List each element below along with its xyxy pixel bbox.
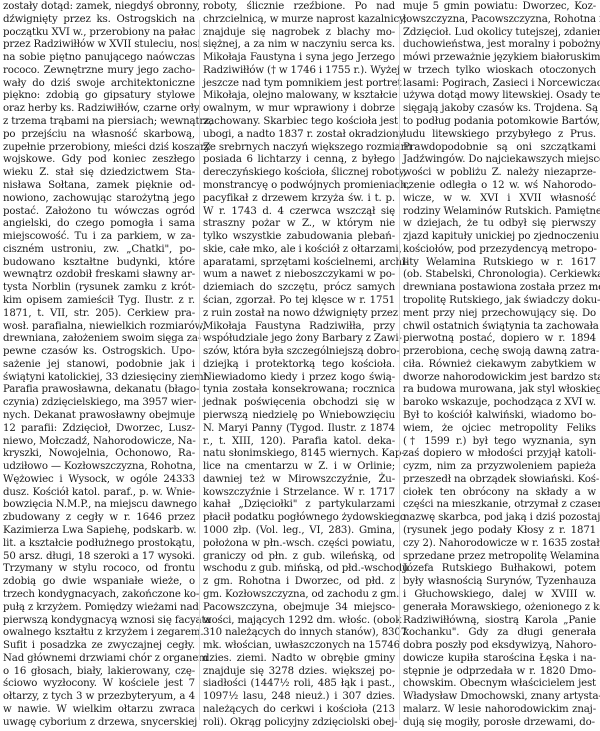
text-line: monstrancyę o podwójnych promieniach, — [203, 180, 395, 193]
text-line: położona w płn.-wsch. części powiatu, — [203, 538, 395, 551]
text-line: W r. 1743 d. 4 czerwca wszczął się — [203, 206, 395, 219]
text-line: drewniana postawiona została przez me- — [403, 282, 596, 295]
text-line: niewo, Mołczadź, Nahorodowicze, Na- — [3, 436, 195, 449]
text-line: owalnego kształtu z krzyżem i zegarem. — [3, 627, 195, 640]
text-line: zbudowany z cegły w r. 1646 przez — [3, 512, 195, 525]
text-line: 310 należących do innych stanów), 8307 — [203, 627, 395, 640]
text-line: oraz herby ks. Radziwiłłów, czarne orły — [3, 103, 195, 116]
text-line: pierwotną postać, dopiero w r. 1894 — [403, 333, 596, 346]
text-line: i Głuchowskiego, dalej w XVIII w. — [403, 589, 596, 602]
text-line: wosł. parafialna, niewielkich rozmiarów, — [3, 321, 195, 334]
text-line: sięgają jakoby czasów ks. Trojdena. Są — [403, 103, 596, 116]
text-line: ment przy niej przechowujący się. Do — [403, 308, 596, 321]
text-line: 1871, t. VII, str. 205). Cerkiew pra- — [3, 308, 195, 321]
text-line: lit. a kształcie podłużnego prostokątu, — [3, 538, 195, 551]
text-line: sażenie jej stanowi, podobnie jak i — [3, 359, 195, 372]
text-line: kim opisem zamieścił Tyg. Ilustr. z r. — [3, 295, 195, 308]
text-line: dują się mogiły, porosłe drzewami, do- — [403, 717, 596, 730]
text-line: mówi przeważnie językiem białoruskim, — [403, 52, 596, 65]
text-line: wschodu z gub. mińską, od płd.-wschodu — [203, 563, 395, 576]
text-line: roli). Okrąg policyjny zdzięciolski obej… — [203, 717, 395, 730]
text-line: po przejściu na własność skarbową, — [3, 129, 195, 142]
text-line: angielski, do czego pomogła i sama — [3, 218, 195, 231]
text-line: pierwszą niedzielę po Wniebowzięciu — [203, 410, 395, 423]
text-column-1: zostały dotąd: zamek, niegdyś obronny,dź… — [3, 1, 195, 730]
text-line: tysta Norblin (rysunek zamku z krót- — [3, 282, 195, 295]
text-line: kahał „Dzięciołki" z partykularzami — [203, 499, 395, 512]
text-column-3: muje 5 gmin powiatu: Dworzec, Koz-łowszc… — [403, 1, 596, 730]
text-line: gm. Kozłowszczyzna, od zachodu z gm. — [203, 589, 395, 602]
text-line: Jadźwingów. Do najciekawszych miejsco- — [403, 154, 596, 167]
text-line: płacił podatku pogłównego żydowskiego — [203, 512, 395, 525]
text-line: tylko wszystkie zabudowania plebań- — [203, 231, 395, 244]
text-line: pierwszą kondygnacyą wznosi się facyata — [3, 615, 195, 628]
text-line: łowszczyzna, Pacowszczyzna, Rohotna i — [403, 14, 596, 27]
text-line: 1097½ lasu, 248 nieuż.) i 307 dzies. — [203, 691, 395, 704]
text-line: lity Welamina Rutskiego w r. 1617 — [403, 257, 596, 270]
text-line: chwil ostatnich świątynia ta zachowała — [403, 321, 596, 334]
text-line: cyzm, nim za przyzwoleniem papieża — [403, 461, 596, 474]
text-line: o 16 głosach, biały, lakierowany, czę- — [3, 666, 195, 679]
text-line: stępnie je odprzedała w r. 1820 Dmo- — [403, 666, 596, 679]
text-line: nych. Dekanat prawosławny obejmuje — [3, 410, 195, 423]
text-line: dziemiach do szczętu, prócz samych — [203, 282, 395, 295]
text-line: N. Maryi Panny (Tygod. Ilustr. z 1874 — [203, 423, 395, 436]
text-line: dereczyńskiego kościoła, ślicznej roboty… — [203, 167, 395, 180]
text-line: jednak poświęcenia obchodzi się w — [203, 397, 395, 410]
text-line: lasami: Pogirach, Zasieci i Norcewiczach — [403, 78, 596, 91]
text-line: ra budowa murowana, jak styl włoskiego — [403, 384, 596, 397]
text-line: Mikołaja, olejno malowany, w kształcie — [203, 90, 395, 103]
text-line: dźwignięty przez ks. Ostrogskich na — [3, 14, 195, 27]
text-line: tropolitę Rutskiego, jak świadczy doku- — [403, 295, 596, 308]
text-line: kowszczyźnie i Strzelance. W r. 1717 — [203, 487, 395, 500]
text-line: kościołów, pod przezydencyą metropo- — [403, 244, 596, 257]
column-divider — [399, 20, 400, 720]
text-line: dowicze kupiła starościna Łęska i na- — [403, 653, 596, 666]
text-line: ołtarzy, z tych 3 w przezbyteryum, a 4 — [3, 691, 195, 704]
text-line: chowskim. Obecnym właścicielem jest — [403, 678, 596, 691]
text-line: Trzymany w stylu rococo, od frontu — [3, 563, 195, 576]
text-line: kochanku". Gdy za długi generała — [403, 627, 596, 640]
text-line: zostały dotąd: zamek, niegdyś obronny, — [3, 1, 195, 14]
text-line: to podług podania potomkowie Bartów, — [403, 116, 596, 129]
text-line: znajduje się 3278 dzies. większej po- — [203, 666, 395, 679]
text-line: Parafia prawosławna, dekanatu (błago- — [3, 384, 195, 397]
text-line: wicze, w w. XVI i XVII własność — [403, 193, 596, 206]
text-line: wojskowe. Gdy pod koniec zeszłego — [3, 154, 195, 167]
text-line: (ob. Stabelski, Chronologia). Cerkiewka — [403, 269, 596, 282]
document-page: zostały dotąd: zamek, niegdyś obronny,dź… — [0, 0, 600, 731]
text-line: z gm. Rohotna i Dworzec, od płd. z — [203, 576, 395, 589]
text-line: ludu litewskiego przybyłego z Prus. — [403, 129, 596, 142]
text-line: wały do dziś swoje architektoniczne — [3, 78, 195, 91]
text-line: 50 arsz. długi, 18 szeroki a 17 wysoki. — [3, 551, 195, 564]
text-line: na sobie piętno panującego naówczas — [3, 52, 195, 65]
text-line: czenie odległa o 12 w. wś Nahorodo- — [403, 180, 596, 193]
column-divider — [199, 20, 200, 720]
text-line: lice na cmentarzu w Z. i w Orlinie; — [203, 461, 395, 474]
text-line: Józefa Rutskiego Bułhakowi, potem — [403, 563, 596, 576]
text-line: należących do cerkwi i kościoła (213 — [203, 704, 395, 717]
text-line: tynia została konsekrowana; rocznica — [203, 384, 395, 397]
text-line: straszny pożar w Z., w którym nie — [203, 218, 395, 231]
text-line: zdobią go dwie wspaniałe wieże, o — [3, 576, 195, 589]
text-line: czy 2). Nahorodowicze w r. 1635 zostały — [403, 538, 596, 551]
text-line: Mikołaja Faustyna i syna jego Jerzego — [203, 52, 395, 65]
text-line: drewniana, założeniem swoim sięga za- — [3, 333, 195, 346]
text-line: szów, która była szczególniejszą dobro- — [203, 346, 395, 359]
text-line: w trzech tylko wioskach otoczonych — [403, 65, 596, 78]
text-line: nazwę skarbca, pod jaką i dziś pozostaje — [403, 512, 596, 525]
text-line: części na mieszkanie, otrzymał z czasem — [403, 499, 596, 512]
text-line: z ruin został na nowo dźwignięty przez — [203, 308, 395, 321]
text-line: ścian, zgorzał. Po tej klęsce w r. 1751 — [203, 295, 395, 308]
text-line: pułą z krzyżem. Pomiędzy wieżami nad — [3, 602, 195, 615]
text-line: skie, całe mko, ale i kościół z ołtarzam… — [203, 244, 395, 257]
text-line: piękno: zdobią go gipsatury stylowe — [3, 90, 195, 103]
text-line: Mikołaja Faustyna Radziwiłła, przy — [203, 321, 395, 334]
text-line: wieku Z. stał się dziedzictwem Sta- — [3, 167, 195, 180]
text-line: dworze nahorodowickim jest bardzo sta- — [403, 372, 596, 385]
text-line: nisława Sołtana, zamek pięknie od- — [3, 180, 195, 193]
text-line: świątyni katolickiej, 33 dziesięciny zie… — [3, 372, 195, 385]
text-line: Radziwiłłów († w 1746 i 1755 r.). Wyżej — [203, 65, 395, 78]
text-line: rodziny Welaminów Rutskich. Pamiętne — [403, 206, 596, 219]
text-line: pewne czasów ks. Ostrogskich. Upo- — [3, 346, 195, 359]
text-line: ciszném ustroniu, zw. „Chatki", po- — [3, 244, 195, 257]
text-line: w dziejach, że tu odbył się pierwszy — [403, 218, 596, 231]
text-line: malarz. W lesie nahorodowickim znaj- — [403, 704, 596, 717]
text-line: pacyfikał z drzewem krzyża św. i t. p. — [203, 193, 395, 206]
text-line: współudziale jego żony Barbary z Zawi- — [203, 333, 395, 346]
text-line: dziejką i protektorką tego kościoła. — [203, 359, 395, 372]
text-line: Niewiadomo kiedy i przez kogo świą- — [203, 372, 395, 385]
text-line: wości, mających 1292 dm. włośc. (obok — [203, 615, 395, 628]
text-line: były własnością Surynów, Tyzenhauza — [403, 576, 596, 589]
text-line: nowiono, zachowując starożytną jego — [3, 193, 195, 206]
text-line: uwagę cyborium z drzewa, snycerskiej — [3, 717, 195, 730]
text-line: dobra poszły pod eksdywizyą, Nahoro- — [403, 640, 596, 653]
text-line: baroko wskazuje, pochodząca z XVI w. — [403, 397, 596, 410]
text-line: Pacowszczyna, obejmuje 34 miejsco- — [203, 602, 395, 615]
text-line: zachowany. Skarbiec tego kościoła jest — [203, 116, 395, 129]
text-line: Sufit i posadzka ze zwyczajnej cegły. — [3, 640, 195, 653]
text-line: zaś dopiero w młodości przyjął katoli- — [403, 448, 596, 461]
text-line: aparatami, sprzętami kościelnemi, archi- — [203, 257, 395, 270]
text-line: 12 parafii: Zdzięcioł, Dworzec, Lusz- — [3, 423, 195, 436]
text-line: wiem, że ojciec metropolity Feliks — [403, 423, 596, 436]
text-line: rococo. Zewnętrzne mury jego zacho- — [3, 65, 195, 78]
text-line: bowzięcia N.M.P., na miejscu dawnego — [3, 499, 195, 512]
text-line: owalnym, w mur wprawiony i dobrze — [203, 103, 395, 116]
text-line: miejscowość. Tu i za parkiem, w za- — [3, 231, 195, 244]
text-line: dusz. Kościół katol. paraf., p. w. Wnie- — [3, 487, 195, 500]
text-line: postać. Założono tu wówczas ogród — [3, 206, 195, 219]
text-line: wum a nawet z nieboszczykami w po- — [203, 269, 395, 282]
text-line: generała Morawskiego, ożenionego z ks. — [403, 602, 596, 615]
text-line: Był to kościół kalwiński, wiadomo bo- — [403, 410, 596, 423]
text-line: ciła. Również ciekawym zabytkiem w — [403, 359, 596, 372]
text-line: wości w pobliżu Z. należy niezaprze- — [403, 167, 596, 180]
text-line: dawniej też w Mirowszczyźnie, Żu- — [203, 474, 395, 487]
text-line: z trzema trąbami na piersiach; wewnątrz, — [3, 116, 195, 129]
text-line: udziłowo — Kozłowszczyzna, Rohotna, — [3, 461, 195, 474]
text-line: ściowo wyzłocony. W kościele jest 7 — [3, 678, 195, 691]
text-line: duchowieństwa, jest moralny i pobożny, — [403, 39, 596, 52]
text-line: trzech kondygnacyach, zakończone ko- — [3, 589, 195, 602]
text-line: wewnątrz ozdobił freskami sławny ar- — [3, 269, 195, 282]
text-line: sprzedane przez metropolitę Welamina — [403, 551, 596, 564]
text-line: roboty, ślicznie rzeźbione. Po nad — [203, 1, 395, 14]
text-line: przeszedł na obrządek słowiański. Koś- — [403, 474, 596, 487]
text-line: przez Radziwiłłów w XVII stuleciu, nosi — [3, 39, 195, 52]
text-line: siężnej, a za nim w naczyniu serca ks. — [203, 39, 395, 52]
text-line: Kazimierza Lwa Sapiehę, podskarb. w. — [3, 525, 195, 538]
text-line: ciołek ten obrócony na składy a w — [403, 487, 596, 500]
text-line: siadłości (1447½ roli, 485 łąk i past., — [203, 678, 395, 691]
text-line: chrzcielnicą, w murze naprost kazalnicy, — [203, 14, 395, 27]
text-line: Radziwiłłówną, siostrą Karola „Panie — [403, 615, 596, 628]
text-line: zjazd kapituły unickiej po zjednoczeniu — [403, 231, 596, 244]
text-line: 1000 złp. (Vol. leg., VI, 283). Gmina, — [203, 525, 395, 538]
text-line: jeszcze nad tym pomnikiem jest portret — [203, 78, 395, 91]
text-line: Zdzięcioł. Lud okolicy tutejszej, zdanie… — [403, 27, 596, 40]
text-line: ubogi, a nadto 1837 r. został okradziony… — [203, 129, 395, 142]
text-line: Wężowiec i Wysock, w ogóle 24333 — [3, 474, 195, 487]
text-line: Władysław Dmochowski, znany artysta- — [403, 691, 596, 704]
text-line: Ze srebrnych naczyń większego rozmiaru — [203, 142, 395, 155]
text-line: dzies. ziemi. Nadto w obrębie gminy — [203, 653, 395, 666]
text-line: budowano kształtne budynki, które — [3, 257, 195, 270]
text-line: przerobiona, cechę swoją dawną zatra- — [403, 346, 596, 359]
text-line: mk. włościan, uwłaszczonych na 15746 — [203, 640, 395, 653]
text-line: znajduje się nagrobek z blachy mo- — [203, 27, 395, 40]
text-line: graniczy od płn. z gub. wileńską, od — [203, 551, 395, 564]
text-line: muje 5 gmin powiatu: Dworzec, Koz- — [403, 1, 596, 14]
text-line: zupełnie przerobiony, mieści dziś koszar… — [3, 142, 195, 155]
text-column-2: roboty, ślicznie rzeźbione. Po nadchrzci… — [203, 1, 395, 730]
text-line: używa dotąd mowy litewskiej. Osady te — [403, 90, 596, 103]
text-line: († 1599 r.) był tego wyznania, syn — [403, 436, 596, 449]
text-line: posiada 6 lichtarzy i cenną, z byłego — [203, 154, 395, 167]
text-line: w nawie. W wielkim ołtarzu zwraca — [3, 704, 195, 717]
text-line: początku XVI w., przerobiony na pałac — [3, 27, 195, 40]
text-line: czynia) zdzięcielskiego, ma 3957 wier- — [3, 397, 195, 410]
text-line: Prawdopodobnie są oni szczątkami — [403, 142, 596, 155]
text-line: (rysunek jego podały Kłosy z r. 1871 — [403, 525, 596, 538]
text-line: kryszki, Nowojelnia, Ochonowo, Ra- — [3, 448, 195, 461]
text-line: natu słonimskiego, 8145 wiernych. Kap- — [203, 448, 395, 461]
text-line: Nad głównemi drzwiami chór z organem — [3, 653, 195, 666]
text-line: r., t. XIII, 120). Parafia katol. deka- — [203, 436, 395, 449]
